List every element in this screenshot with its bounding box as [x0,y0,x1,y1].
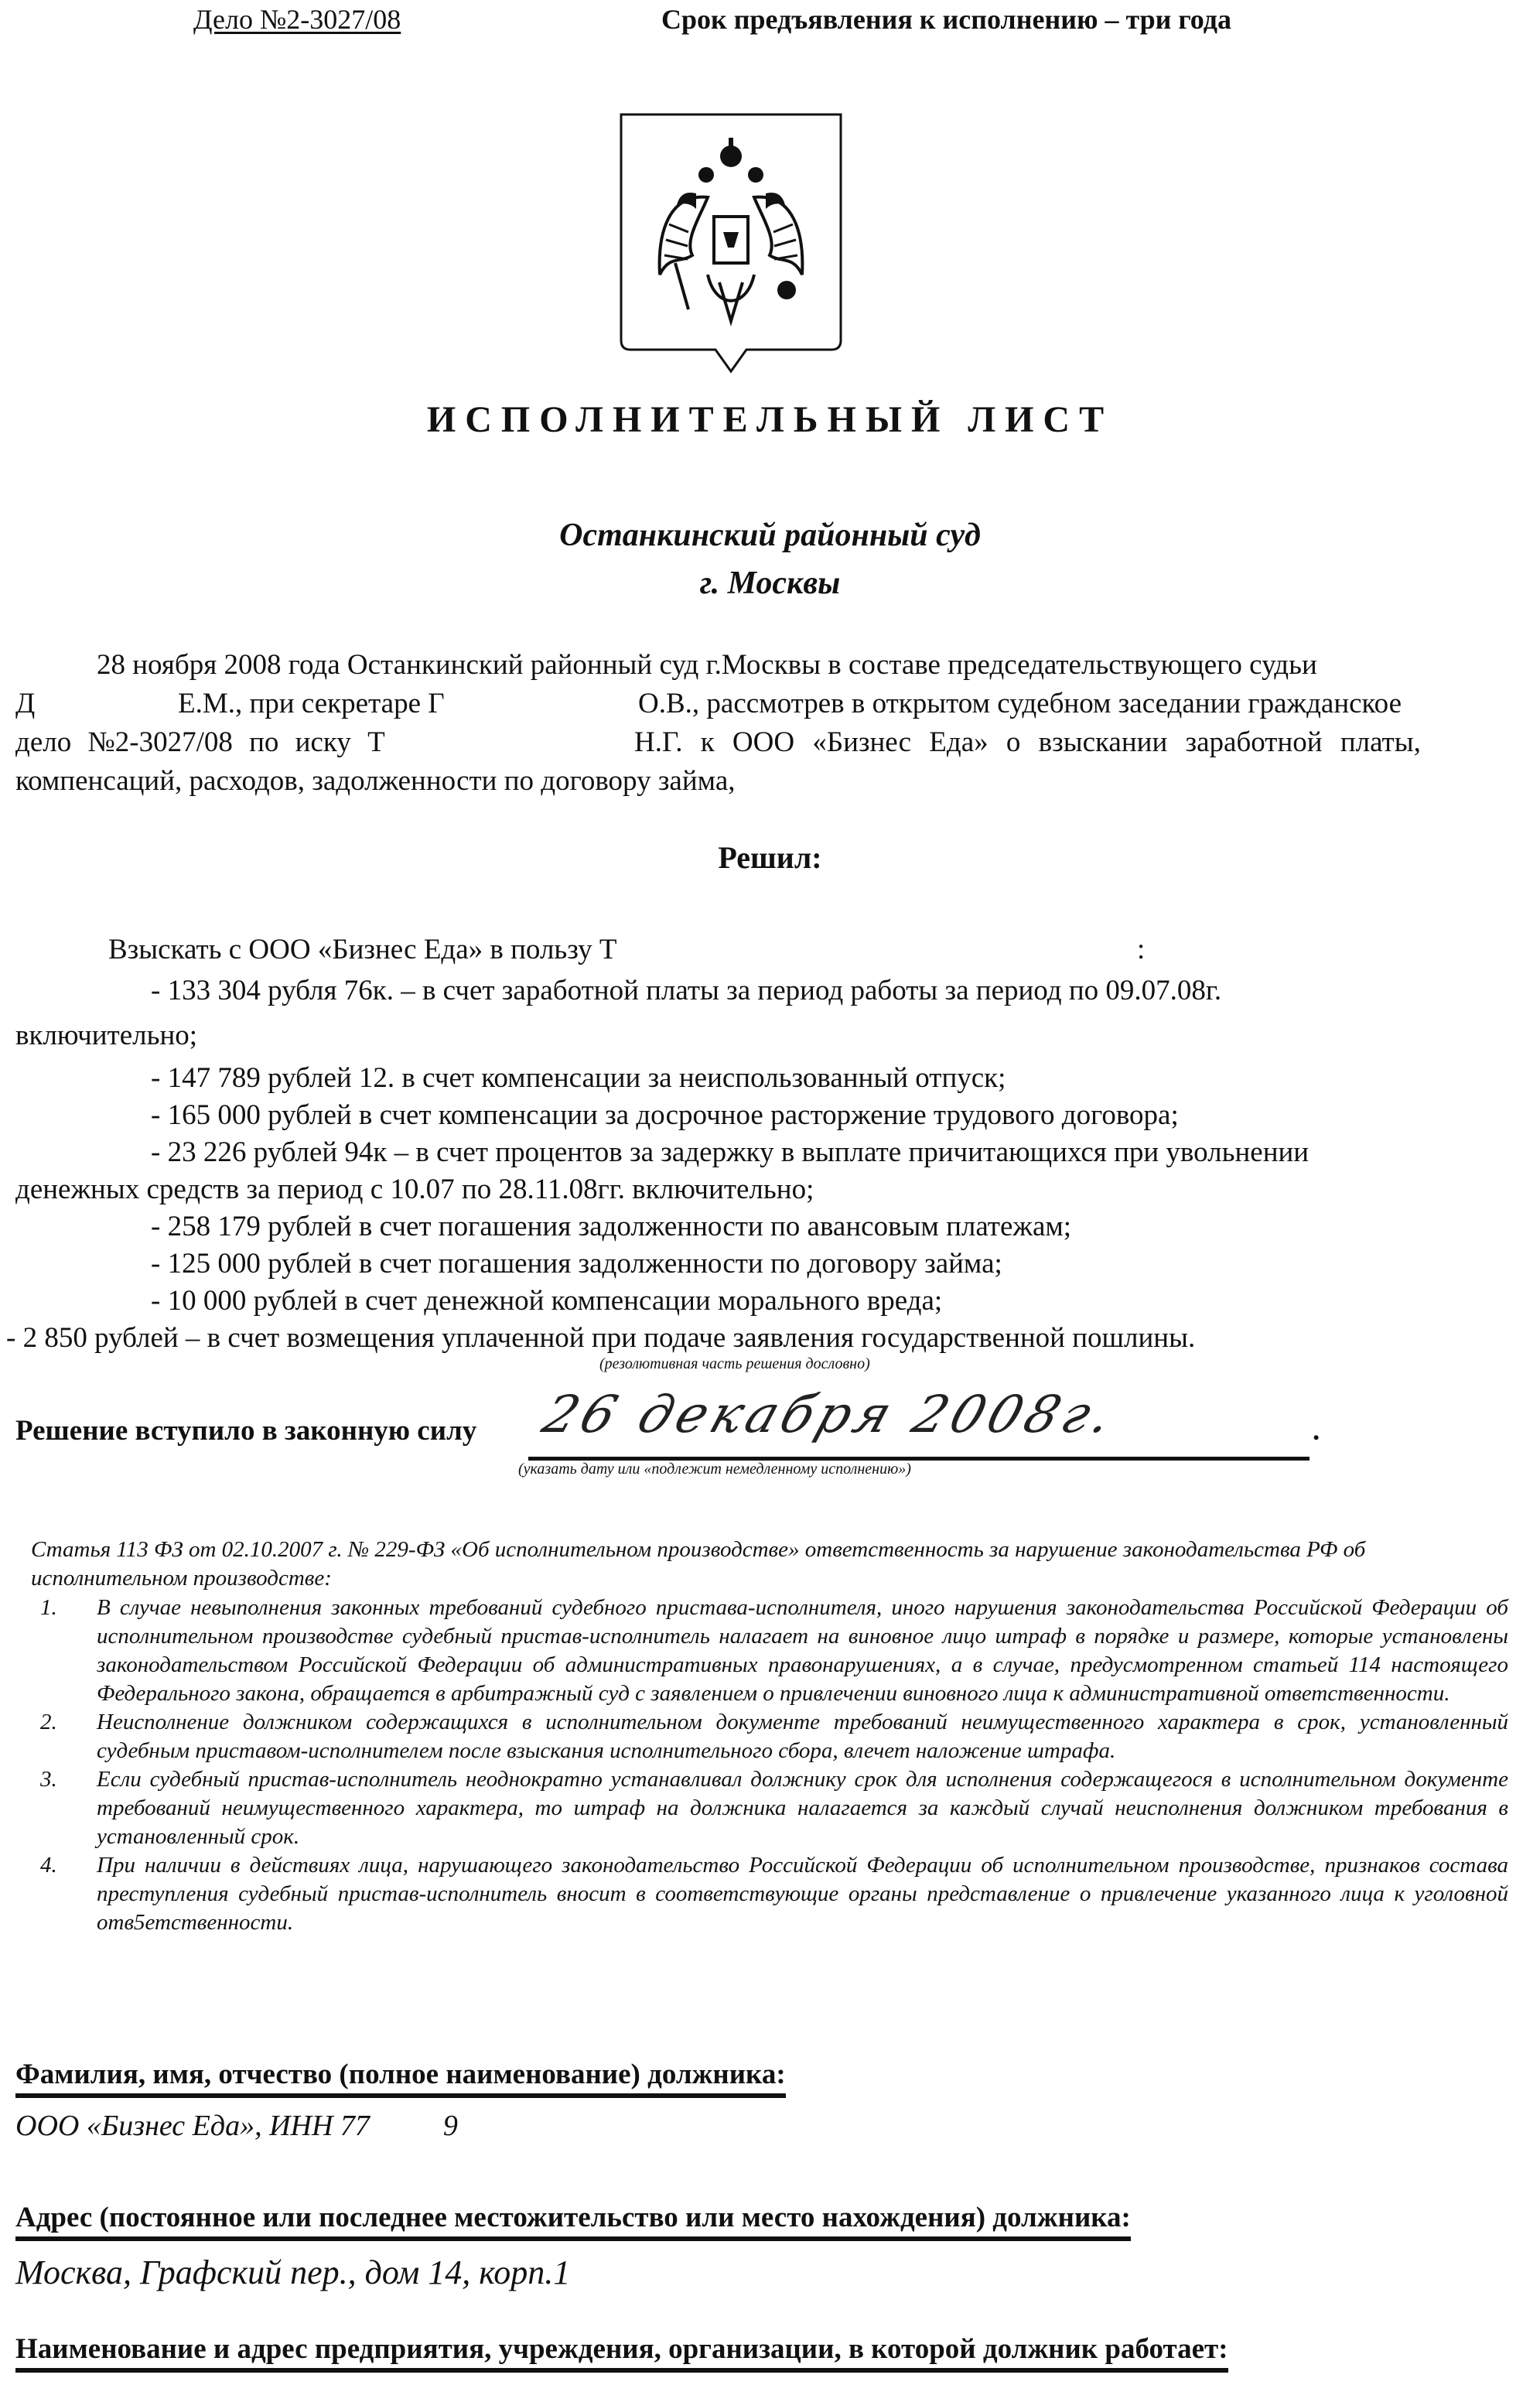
collection-item: - 165 000 рублей в счет компенсации за д… [151,1098,1179,1133]
entry-into-force-hint: (указать дату или «подлежит немедленному… [518,1461,911,1478]
collection-intro: Взыскать с ООО «Бизнес Еда» в пользу Т [108,932,616,968]
preamble-paragraph: 28 ноября 2008 года Останкинский районны… [15,646,1501,801]
debtor-address-value: Москва, Графский пер., дом 14, корп.1 [15,2253,570,2292]
collection-item: - 23 226 рублей 94к – в счет процентов з… [151,1135,1309,1170]
collection-item: - 125 000 рублей в счет погашения задолж… [151,1246,1002,1282]
collection-item-continuation: включительно; [15,1018,197,1054]
law-notice-item: 2.Неисполнение должником содержащихся в … [31,1708,1508,1765]
preamble-line: дело №2-3027/08 по иску Т Н.Г. к ООО «Би… [15,723,1501,762]
debtor-address-heading: Адрес (постоянное или последнее местожит… [15,2201,1131,2241]
debtor-name-heading: Фамилия, имя, отчество (полное наименова… [15,2058,786,2098]
case-number: Дело №2-3027/08 [193,3,401,36]
law-notice-item: 4.При наличии в действиях лица, нарушающ… [31,1851,1508,1937]
collection-intro-colon: : [1137,932,1145,968]
preamble-line: 28 ноября 2008 года Останкинский районны… [15,646,1501,685]
entry-into-force-handwritten-date: 26 декабря 2008г. [535,1385,1124,1444]
collection-item: - 258 179 рублей в счет погашения задолж… [151,1209,1071,1245]
debtor-name-value: ООО «Бизнес Еда», ИНН 779 [15,2109,458,2143]
debtor-employer-heading: Наименование и адрес предприятия, учрежд… [15,2332,1228,2373]
resolution-note: (резолютивная часть решения дословно) [599,1355,870,1373]
entry-into-force-terminator: . [1313,1414,1320,1447]
collection-item: - 147 789 рублей 12. в счет компенсации … [151,1061,1006,1096]
preamble-line: компенсаций, расходов, задолженности по … [15,762,1501,801]
document-title: ИСПОЛНИТЕЛЬНЫЙ ЛИСТ [0,398,1540,441]
court-name: Останкинский районный суд [0,517,1540,554]
russian-coat-of-arms-icon [615,108,847,375]
collection-item: - 2 850 рублей – в счет возмещения уплач… [6,1321,1195,1356]
collection-item: - 133 304 рубля 76к. – в счет заработной… [151,973,1221,1009]
preamble-line: Д Е.М., при секретаре Г О.В., рассмотрев… [15,685,1501,723]
law-notice-item: 3.Если судебный пристав-исполнитель неод… [31,1765,1508,1851]
court-city: г. Москвы [0,565,1540,602]
enforcement-term: Срок предъявления к исполнению – три год… [661,3,1231,36]
law-notice-intro: Статья 113 ФЗ от 02.10.2007 г. № 229-ФЗ … [31,1536,1508,1593]
law-notice-list: 1.В случае невыполнения законных требова… [31,1594,1508,1937]
collection-item-continuation: денежных средств за период с 10.07 по 28… [15,1172,814,1208]
collection-item: - 10 000 рублей в счет денежной компенса… [151,1283,942,1319]
resolved-heading: Решил: [0,839,1540,876]
entry-into-force-label: Решение вступило в законную силу [15,1414,476,1447]
law-notice-item: 1.В случае невыполнения законных требова… [31,1594,1508,1708]
